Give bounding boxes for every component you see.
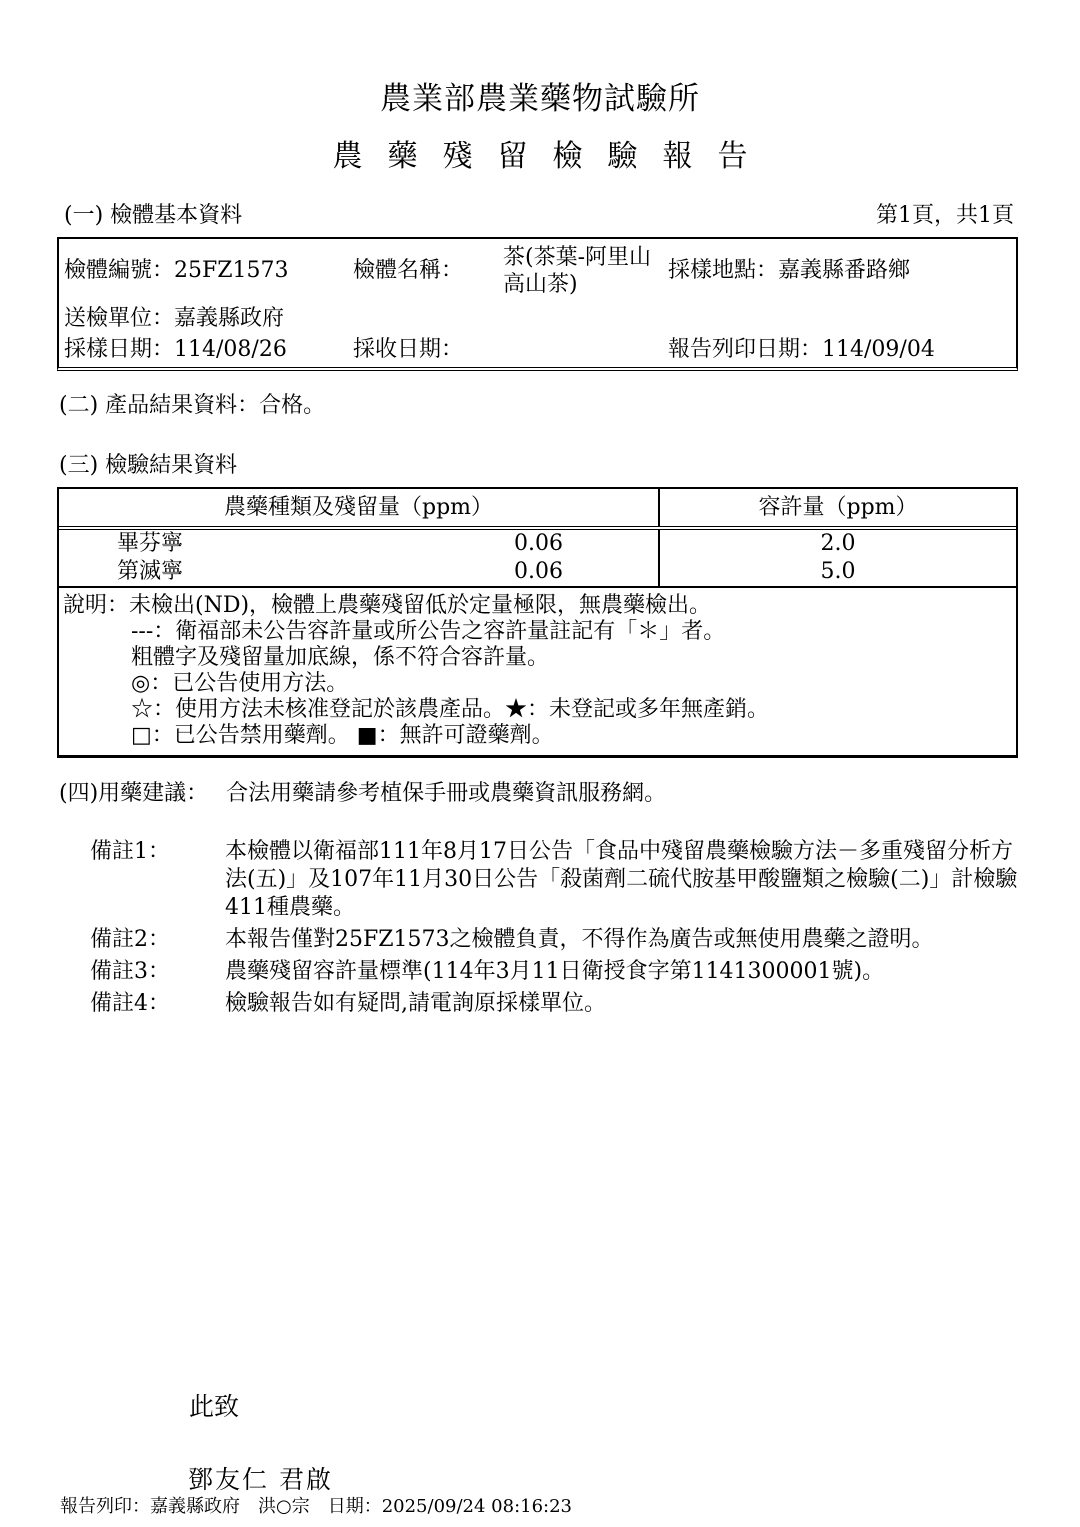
sample-id-label: 檢體編號： — [64, 258, 174, 283]
usage-advice-label: (四)用藥建議： — [59, 780, 208, 808]
pesticide-name: 畢芬寧 — [59, 530, 183, 558]
tolerance-value: 5.0 — [660, 558, 1016, 586]
section-1-heading: (一) 檢體基本資料 — [64, 202, 242, 230]
submitting-unit-value: 嘉義縣政府 — [174, 306, 284, 331]
residue-value: 0.06 — [514, 558, 563, 586]
report-title: 農藥殘留檢驗報告 — [0, 138, 1080, 176]
closing-salutation: 此致 — [189, 1391, 239, 1422]
remarks-list: 備註1： 本檢體以衛福部111年8月17日公告「食品中殘留農藥檢驗方法－多重殘留… — [90, 838, 1020, 1022]
sample-id-value: 25FZ1573 — [174, 258, 289, 283]
remark-item-4: 備註4： 檢驗報告如有疑問,請電詢原採樣單位。 — [90, 990, 1020, 1018]
report-print-date-label: 報告列印日期： — [668, 337, 822, 362]
sample-info-row-2: 送檢單位：嘉義縣政府 — [59, 303, 1016, 335]
sampling-site-value: 嘉義縣番路鄉 — [778, 258, 910, 283]
report-print-date-cell: 報告列印日期：114/09/04 — [668, 336, 1016, 364]
results-table-body: 畢芬寧 0.06 2.0 第滅寧 0.06 5.0 — [59, 530, 1016, 588]
sampling-site-label: 採樣地點： — [668, 258, 778, 283]
remark-text: 檢驗報告如有疑問,請電詢原採樣單位。 — [225, 990, 1020, 1018]
harvest-date-label: 採收日期： — [353, 336, 503, 364]
remark-text: 本報告僅對25FZ1573之檢體負責，不得作為廣告或無使用農藥之證明。 — [225, 926, 1020, 954]
organization-title: 農業部農業藥物試驗所 — [0, 80, 1080, 119]
report-page: 農業部農業藥物試驗所 農藥殘留檢驗報告 (一) 檢體基本資料 第1頁，共1頁 檢… — [0, 0, 1080, 1527]
product-result-label: (二) 產品結果資料： — [59, 393, 259, 418]
remark-item-3: 備註3： 農藥殘留容許量標準(114年3月11日衛授食字第1141300001號… — [90, 958, 1020, 986]
page-number: 第1頁，共1頁 — [876, 202, 1014, 230]
legend-note-line: ☆：使用方法未核准登記於該農產品。★：未登記或多年無產銷。 — [63, 697, 1010, 723]
sampling-date-label: 採樣日期： — [64, 337, 174, 362]
remark-item-2: 備註2： 本報告僅對25FZ1573之檢體負責，不得作為廣告或無使用農藥之證明。 — [90, 926, 1020, 954]
sampling-date-value: 114/08/26 — [174, 337, 287, 362]
sample-name-label: 檢體名稱： — [353, 257, 503, 285]
remark-label: 備註2： — [90, 926, 225, 954]
tolerance-value: 2.0 — [660, 530, 1016, 558]
legend-note-line: □：已公告禁用藥劑。 ■：無許可證藥劑。 — [63, 723, 1010, 749]
residue-column-header: 農藥種類及殘留量（ppm） — [59, 489, 660, 526]
legend-note-line: ---：衛福部未公告容許量或所公告之容許量註記有「＊」者。 — [63, 619, 1010, 645]
section-1-row: (一) 檢體基本資料 第1頁，共1頁 — [64, 202, 1014, 230]
results-table: 農藥種類及殘留量（ppm） 容許量（ppm） 畢芬寧 0.06 2.0 第滅寧 … — [57, 487, 1018, 758]
report-print-date-value: 114/09/04 — [822, 337, 935, 362]
harvest-date-cell: 採收日期： — [353, 336, 668, 364]
residue-value: 0.06 — [514, 530, 563, 558]
table-row: 畢芬寧 0.06 2.0 — [59, 530, 1016, 558]
table-row: 第滅寧 0.06 5.0 — [59, 558, 1016, 586]
sample-id-cell: 檢體編號：25FZ1573 — [59, 257, 353, 285]
remark-item-1: 備註1： 本檢體以衛福部111年8月17日公告「食品中殘留農藥檢驗方法－多重殘留… — [90, 838, 1020, 922]
legend-note-line: ◎：已公告使用方法。 — [63, 671, 1010, 697]
section-3-heading: (三) 檢驗結果資料 — [59, 452, 237, 480]
section-4-row: (四)用藥建議： 合法用藥請參考植保手冊或農藥資訊服務網。 — [59, 780, 666, 808]
sample-info-row-1: 檢體編號：25FZ1573 檢體名稱： 茶(茶葉-阿里山高山茶) 採樣地點：嘉義… — [59, 239, 1016, 303]
closing-recipient: 鄧友仁 君啟 — [188, 1464, 333, 1495]
sample-info-table: 檢體編號：25FZ1573 檢體名稱： 茶(茶葉-阿里山高山茶) 採樣地點：嘉義… — [57, 237, 1018, 371]
legend-notes: 說明：未檢出(ND)，檢體上農藥殘留低於定量極限，無農藥檢出。 ---：衛福部未… — [59, 588, 1016, 755]
legend-note-line: 說明：未檢出(ND)，檢體上農藥殘留低於定量極限，無農藥檢出。 — [63, 593, 1010, 619]
tolerance-column-header: 容許量（ppm） — [660, 489, 1016, 526]
remark-text: 農藥殘留容許量標準(114年3月11日衛授食字第1141300001號)。 — [225, 958, 1020, 986]
sample-name-cell: 檢體名稱： 茶(茶葉-阿里山高山茶) — [353, 244, 668, 298]
legend-note-line: 粗體字及殘留量加底線，係不符合容許量。 — [63, 645, 1010, 671]
sampling-site-cell: 採樣地點：嘉義縣番路鄉 — [668, 257, 1016, 285]
sampling-date-cell: 採樣日期：114/08/26 — [59, 336, 353, 364]
results-table-header: 農藥種類及殘留量（ppm） 容許量（ppm） — [59, 489, 1016, 530]
print-footer: 報告列印：嘉義縣政府 洪○宗 日期：2025/09/24 08:16:23 — [60, 1496, 572, 1519]
sample-name-value: 茶(茶葉-阿里山高山茶) — [503, 244, 663, 298]
remark-label: 備註4： — [90, 990, 225, 1018]
submitting-unit-cell: 送檢單位：嘉義縣政府 — [59, 305, 284, 333]
section-2-heading: (二) 產品結果資料：合格。 — [59, 392, 325, 420]
submitting-unit-label: 送檢單位： — [64, 306, 174, 331]
product-result-value: 合格。 — [259, 393, 325, 418]
sample-info-row-3: 採樣日期：114/08/26 採收日期： 報告列印日期：114/09/04 — [59, 335, 1016, 367]
remark-label: 備註1： — [90, 838, 225, 922]
pesticide-name: 第滅寧 — [59, 558, 183, 586]
usage-advice-text: 合法用藥請參考植保手冊或農藥資訊服務網。 — [226, 780, 666, 808]
remark-label: 備註3： — [90, 958, 225, 986]
remark-text: 本檢體以衛福部111年8月17日公告「食品中殘留農藥檢驗方法－多重殘留分析方法(… — [225, 838, 1020, 922]
